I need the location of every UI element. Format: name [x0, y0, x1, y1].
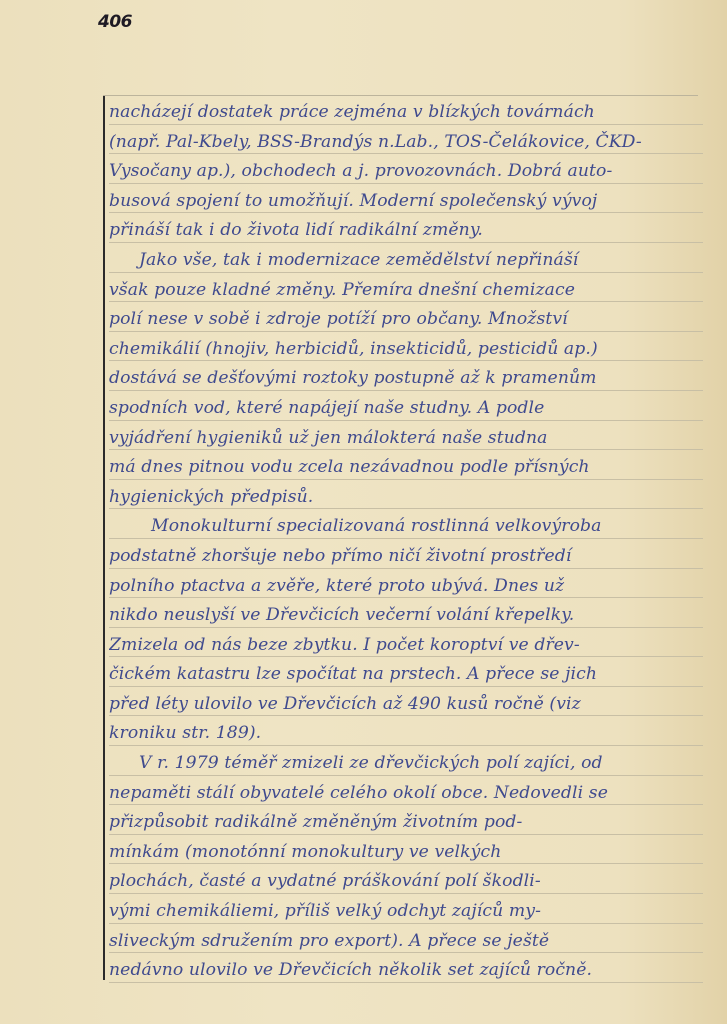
text-line: však pouze kladné změny. Přemíra dnešní … — [109, 273, 703, 303]
text-line: podstatně zhoršuje nebo přímo ničí život… — [109, 539, 703, 569]
text-line: nepaměti stálí obyvatelé celého okolí ob… — [109, 776, 703, 806]
text-line: mínkám (monotónní monokultury ve velkých — [109, 835, 703, 865]
text-line: Vysočany ap.), obchodech a j. provozovná… — [109, 154, 703, 184]
text-line: busová spojení to umožňují. Moderní spol… — [109, 184, 703, 214]
text-line: sliveckým sdružením pro export). A přece… — [109, 924, 703, 954]
text-line: dostává se dešťovými roztoky postupně až… — [109, 361, 703, 391]
text-line: vyjádření hygieniků už jen málokterá naš… — [109, 421, 703, 451]
handwritten-text-block: nacházejí dostatek práce zejména v blízk… — [103, 95, 703, 980]
text-line: nikdo neuslyší ve Dřevčicích večerní vol… — [109, 598, 703, 628]
text-line: před léty ulovilo ve Dřevčicích až 490 k… — [109, 687, 703, 717]
left-margin-line — [103, 95, 105, 980]
paragraph-start-line: Monokulturní specializovaná rostlinná ve… — [109, 509, 703, 539]
page-number: 406 — [98, 12, 132, 32]
text-line: spodních vod, které napájejí naše studny… — [109, 391, 703, 421]
text-line: Zmizela od nás beze zbytku. I počet koro… — [109, 628, 703, 658]
text-line: chemikálií (hnojiv, herbicidů, insektici… — [109, 332, 703, 362]
text-line: přináší tak i do života lidí radikální z… — [109, 213, 703, 243]
text-line: plochách, časté a vydatné práškování pol… — [109, 864, 703, 894]
text-line: polí nese v sobě i zdroje potíží pro obč… — [109, 302, 703, 332]
text-line: čickém katastru lze spočítat na prstech.… — [109, 657, 703, 687]
text-line: (např. Pal-Kbely, BSS-Brandýs n.Lab., TO… — [109, 125, 703, 155]
text-line: vými chemikáliemi, příliš velký odchyt z… — [109, 894, 703, 924]
paragraph-start-line: V r. 1979 téměř zmizeli ze dřevčických p… — [109, 746, 703, 776]
text-line: hygienických předpisů. — [109, 480, 703, 510]
text-line: nacházejí dostatek práce zejména v blízk… — [109, 95, 703, 125]
text-line: má dnes pitnou vodu zcela nezávadnou pod… — [109, 450, 703, 480]
ruled-lines: nacházejí dostatek práce zejména v blízk… — [109, 95, 703, 983]
paragraph-start-line: Jako vše, tak i modernizace zemědělství … — [109, 243, 703, 273]
text-line: přizpůsobit radikálně změněným životním … — [109, 805, 703, 835]
text-line: polního ptactva a zvěře, které proto ubý… — [109, 569, 703, 599]
text-line: kroniku str. 189). — [109, 716, 703, 746]
text-line: nedávno ulovilo ve Dřevčicích několik se… — [109, 953, 703, 983]
